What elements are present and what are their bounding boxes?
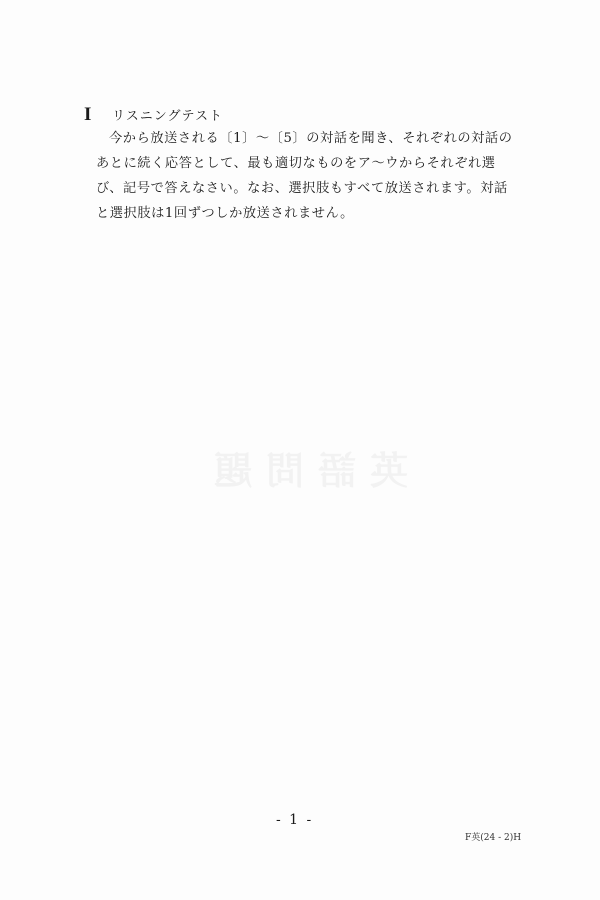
show-through-text: 英語問題 (200, 440, 408, 495)
document-code: F英(24 - 2)H (465, 830, 521, 843)
section-number: I (84, 104, 112, 126)
section-title: リスニングテスト (112, 105, 223, 124)
section-heading: I リスニングテスト (84, 104, 223, 126)
page-number: - 1 - (276, 812, 313, 828)
instructions-paragraph: 今から放送される〔1〕～〔5〕の対話を聞き、それぞれの対話のあとに続く応答として… (96, 126, 516, 226)
